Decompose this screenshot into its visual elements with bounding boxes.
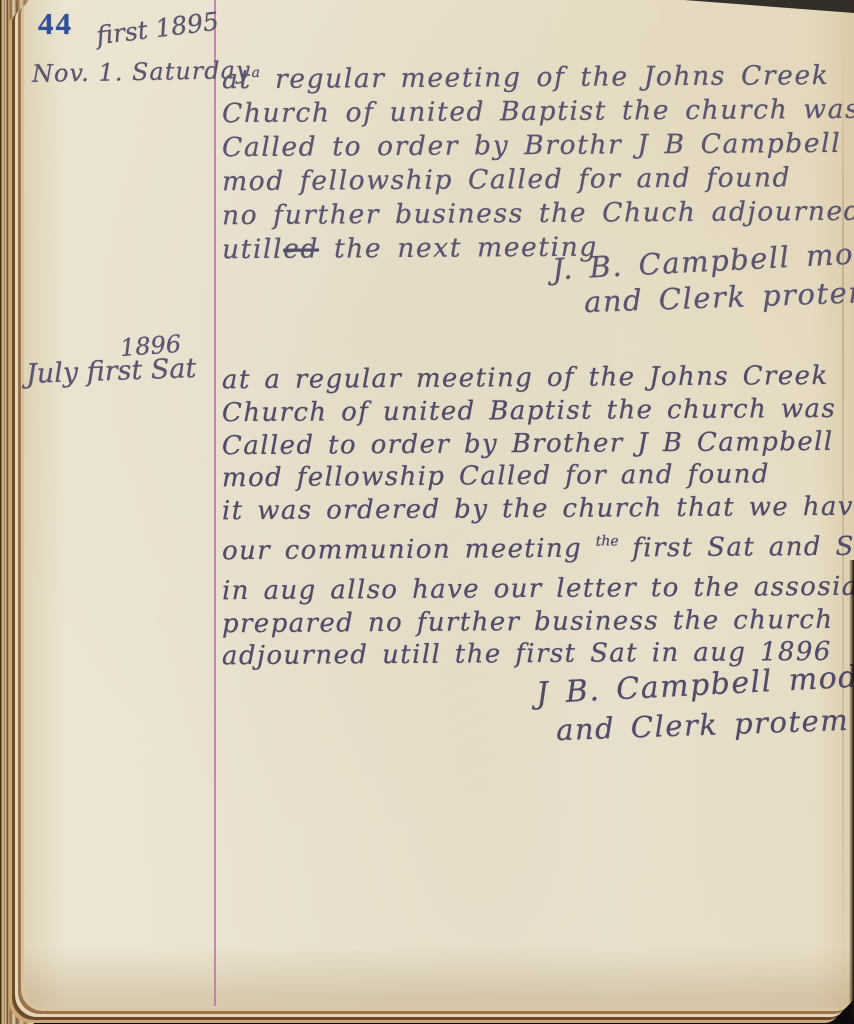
entry1-body: ata regular meeting of the Johns Creek C… (222, 54, 850, 265)
line-part: regular meeting of the Johns Creek (260, 60, 830, 95)
text-line: prepared no further business the church (222, 603, 850, 640)
text-line: mod fellowship Called for and found (222, 458, 850, 495)
text-line: Church of united Baptist the church was (222, 93, 850, 131)
scanned-minute-book-page: 44 first 1895 Nov. 1. Saturday ata regul… (0, 0, 854, 1024)
entry2-signature-role: and Clerk protem (555, 703, 849, 747)
inserted-word: a (252, 65, 260, 81)
scan-edge-shadow (849, 560, 854, 1020)
text-line: mod fellowship Called for and found (222, 161, 850, 199)
entry2-body: at a regular meeting of the Johns Creek … (222, 362, 850, 671)
line-part: utill (222, 234, 283, 265)
entry2-margin-date: July first Sat (26, 353, 197, 390)
text-line: Called to order by Brothr J B Campbell (222, 127, 850, 165)
text-line: Called to order by Brother J B Campbell (222, 425, 850, 462)
text-line: our communion meeting the first Sat and … (222, 524, 850, 568)
text-line: ata regular meeting of the Johns Creek (222, 52, 850, 97)
ledger-page: 44 first 1895 Nov. 1. Saturday ata regul… (24, 0, 854, 1008)
page-number: 44 (38, 6, 73, 42)
line-part: first Sat and Sun (619, 532, 854, 564)
line-part: our communion meeting (222, 534, 596, 567)
line-part: at (222, 64, 252, 95)
struck-out-text: ed (283, 234, 319, 265)
inserted-word: the (596, 533, 619, 549)
entry1-margin-year: first 1895 (95, 7, 221, 51)
text-line: Church of united Baptist the church was (222, 393, 850, 430)
text-line: no further business the Chuch adjourned (222, 195, 850, 233)
text-line: it was ordered by the church that we hav… (222, 491, 850, 528)
line-part: in aug allso have our letter to the asso… (222, 571, 854, 606)
text-line: in aug allso have our letter to the asso… (222, 564, 850, 608)
text-line: at a regular meeting of the Johns Creek (222, 360, 850, 397)
margin-rule-line (214, 0, 216, 1006)
entry1-margin-date: Nov. 1. Saturday (32, 56, 251, 88)
